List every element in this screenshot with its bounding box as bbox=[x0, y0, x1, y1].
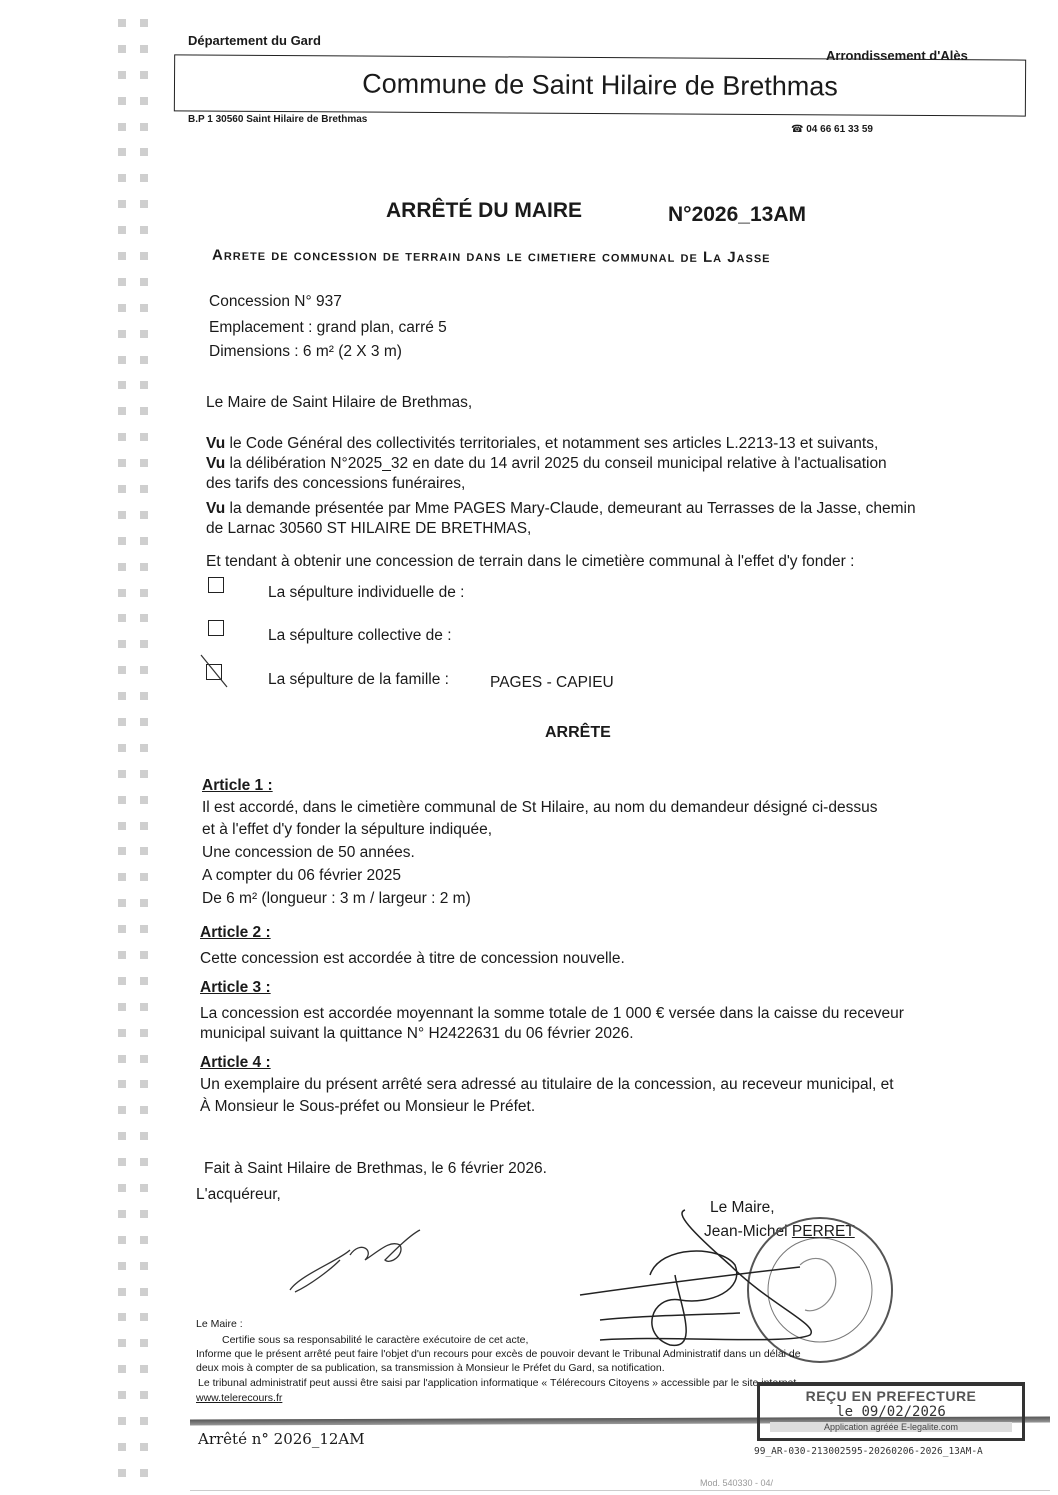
binder-hole-row bbox=[118, 114, 158, 140]
binder-hole-icon bbox=[140, 123, 148, 131]
bottom-rule bbox=[190, 1490, 1050, 1491]
binder-hole-row bbox=[118, 1460, 158, 1486]
binder-hole-icon bbox=[118, 356, 126, 364]
binder-hole-icon bbox=[118, 1391, 126, 1399]
binder-hole-icon bbox=[118, 330, 126, 338]
binder-hole-icon bbox=[140, 666, 148, 674]
binder-hole-icon bbox=[118, 1313, 126, 1321]
binder-hole-icon bbox=[140, 640, 148, 648]
preamble-vu-3-cont: de Larnac 30560 ST HILAIRE DE BRETHMAS, bbox=[206, 519, 531, 539]
telephone-icon: ☎ bbox=[791, 124, 803, 135]
binder-hole-row bbox=[118, 1434, 158, 1460]
binder-hole-row bbox=[118, 165, 158, 191]
footer-informe-2: deux mois à compter de sa publication, s… bbox=[196, 1362, 665, 1375]
binder-hole-icon bbox=[140, 1080, 148, 1088]
checkbox-famille[interactable] bbox=[206, 664, 222, 680]
option-famille-value: PAGES - CAPIEU bbox=[490, 673, 614, 693]
check-mark-icon bbox=[199, 653, 229, 689]
binder-hole-icon bbox=[140, 1029, 148, 1037]
binder-hole-row bbox=[118, 1408, 158, 1434]
binder-hole-icon bbox=[140, 1288, 148, 1296]
binder-hole-icon bbox=[140, 407, 148, 415]
binder-hole-icon bbox=[140, 614, 148, 622]
binder-hole-icon bbox=[118, 1469, 126, 1477]
document-subtitle: Arrete de concession de terrain dans le … bbox=[212, 247, 771, 266]
binder-hole-row bbox=[118, 813, 158, 839]
binder-hole-row bbox=[118, 1227, 158, 1253]
binder-hole-icon bbox=[118, 1158, 126, 1166]
binder-hole-icon bbox=[140, 1417, 148, 1425]
binder-hole-icon bbox=[140, 174, 148, 182]
binder-hole-row bbox=[118, 1330, 158, 1356]
binder-hole-icon bbox=[118, 589, 126, 597]
binder-hole-icon bbox=[118, 873, 126, 881]
article-line: À Monsieur le Sous-préfet ou Monsieur le… bbox=[200, 1097, 894, 1117]
binder-hole-icon bbox=[140, 278, 148, 286]
footer-certifie: Certifie sous sa responsabilité le carac… bbox=[222, 1334, 528, 1347]
department-label: Département du Gard bbox=[188, 33, 321, 48]
article-3: Article 3 : La concession est accordée m… bbox=[200, 978, 904, 1044]
binder-hole-row bbox=[118, 605, 158, 631]
article-line: Une concession de 50 années. bbox=[202, 843, 877, 863]
binder-hole-row bbox=[118, 968, 158, 994]
binder-hole-icon bbox=[118, 174, 126, 182]
binder-hole-row bbox=[118, 1382, 158, 1408]
commune-name: Commune de Saint Hilaire de Brethmas bbox=[175, 67, 1025, 103]
binder-hole-icon bbox=[140, 537, 148, 545]
binder-hole-icon bbox=[118, 847, 126, 855]
binder-hole-icon bbox=[140, 304, 148, 312]
binder-hole-icon bbox=[140, 1055, 148, 1063]
binder-hole-icon bbox=[118, 1365, 126, 1373]
binder-hole-icon bbox=[118, 977, 126, 985]
binder-hole-icon bbox=[118, 97, 126, 105]
binder-hole-row bbox=[118, 528, 158, 554]
binder-hole-icon bbox=[118, 381, 126, 389]
binder-hole-row bbox=[118, 657, 158, 683]
binder-hole-icon bbox=[140, 252, 148, 260]
preamble-vu-3: Vu la demande présentée par Mme PAGES Ma… bbox=[206, 499, 916, 519]
binder-hole-icon bbox=[140, 200, 148, 208]
binder-hole-icon bbox=[118, 19, 126, 27]
binder-hole-row bbox=[118, 864, 158, 890]
binder-hole-icon bbox=[140, 45, 148, 53]
document-title: ARRÊTÉ DU MAIRE bbox=[386, 199, 582, 223]
fait-a: Fait à Saint Hilaire de Brethmas, le 6 f… bbox=[204, 1159, 547, 1179]
binder-hole-icon bbox=[140, 718, 148, 726]
binder-hole-icon bbox=[140, 796, 148, 804]
checkbox-collective[interactable] bbox=[208, 620, 224, 636]
binder-hole-row bbox=[118, 890, 158, 916]
binder-hole-row bbox=[118, 1149, 158, 1175]
article-line: et à l'effet d'y fonder la sépulture ind… bbox=[202, 820, 877, 840]
stamp-date: le 09/02/2026 bbox=[760, 1404, 1022, 1420]
telerecours-link[interactable]: www.telerecours.fr bbox=[196, 1392, 282, 1405]
binder-hole-row bbox=[118, 839, 158, 865]
binder-hole-icon bbox=[118, 1262, 126, 1270]
binder-hole-icon bbox=[140, 770, 148, 778]
binder-hole-row bbox=[118, 709, 158, 735]
binder-hole-icon bbox=[140, 1003, 148, 1011]
binder-hole-row bbox=[118, 243, 158, 269]
binder-hole-icon bbox=[118, 718, 126, 726]
binder-hole-row bbox=[118, 191, 158, 217]
binder-hole-row bbox=[118, 683, 158, 709]
footer-tribunal: Le tribunal administratif peut aussi êtr… bbox=[198, 1377, 796, 1390]
binder-hole-row bbox=[118, 1072, 158, 1098]
binder-hole-icon bbox=[118, 45, 126, 53]
article-title: Article 2 : bbox=[200, 923, 625, 943]
binder-hole-row bbox=[118, 10, 158, 36]
binder-hole-icon bbox=[118, 1029, 126, 1037]
binder-hole-icon bbox=[140, 899, 148, 907]
binder-hole-row bbox=[118, 372, 158, 398]
binder-hole-icon bbox=[140, 925, 148, 933]
article-line: Un exemplaire du présent arrêté sera adr… bbox=[200, 1075, 894, 1095]
article-line: Il est accordé, dans le cimetière commun… bbox=[202, 798, 877, 818]
binder-hole-icon bbox=[140, 330, 148, 338]
binder-hole-row bbox=[118, 994, 158, 1020]
article-title: Article 3 : bbox=[200, 978, 904, 998]
binder-hole-row bbox=[118, 916, 158, 942]
stamp-title: REÇU EN PREFECTURE bbox=[760, 1388, 1022, 1404]
binder-hole-icon bbox=[118, 614, 126, 622]
binder-hole-icon bbox=[118, 304, 126, 312]
prefecture-stamp: REÇU EN PREFECTURE le 09/02/2026 Applica… bbox=[757, 1382, 1025, 1441]
binder-hole-icon bbox=[140, 1469, 148, 1477]
binder-hole-icon bbox=[140, 356, 148, 364]
binder-hole-row bbox=[118, 321, 158, 347]
binder-hole-icon bbox=[118, 278, 126, 286]
binder-hole-icon bbox=[140, 1158, 148, 1166]
model-number: Mod. 540330 - 04/ bbox=[700, 1478, 773, 1488]
checkbox-individuelle[interactable] bbox=[208, 577, 224, 593]
binder-hole-icon bbox=[140, 71, 148, 79]
binder-hole-icon bbox=[118, 252, 126, 260]
preamble-vu-1: Vu le Code Général des collectivités ter… bbox=[206, 434, 878, 454]
binder-hole-icon bbox=[118, 200, 126, 208]
article-line: Cette concession est accordée à titre de… bbox=[200, 949, 625, 969]
binder-hole-icon bbox=[118, 899, 126, 907]
binder-hole-icon bbox=[140, 148, 148, 156]
binder-hole-icon bbox=[118, 744, 126, 752]
binder-hole-icon bbox=[140, 873, 148, 881]
option-collective-label: La sépulture collective de : bbox=[268, 626, 452, 646]
binder-hole-icon bbox=[118, 1339, 126, 1347]
binder-hole-row bbox=[118, 88, 158, 114]
binder-hole-icon bbox=[140, 485, 148, 493]
binder-hole-row bbox=[118, 1305, 158, 1331]
binder-hole-icon bbox=[140, 459, 148, 467]
binder-hole-row bbox=[118, 1175, 158, 1201]
binder-hole-icon bbox=[140, 563, 148, 571]
binder-hole-icon bbox=[118, 459, 126, 467]
binder-hole-icon bbox=[140, 19, 148, 27]
binder-hole-icon bbox=[140, 97, 148, 105]
binder-hole-icon bbox=[140, 1106, 148, 1114]
binder-hole-icon bbox=[118, 485, 126, 493]
binder-hole-icon bbox=[140, 692, 148, 700]
article-line: De 6 m² (longueur : 3 m / largeur : 2 m) bbox=[202, 889, 877, 909]
binder-hole-row bbox=[118, 295, 158, 321]
acquereur-label: L'acquéreur, bbox=[196, 1185, 281, 1205]
binder-hole-icon bbox=[140, 977, 148, 985]
binder-hole-icon bbox=[118, 1236, 126, 1244]
binder-hole-row bbox=[118, 735, 158, 761]
binder-hole-icon bbox=[140, 1313, 148, 1321]
binder-hole-row bbox=[118, 450, 158, 476]
binder-hole-row bbox=[118, 217, 158, 243]
binder-hole-icon bbox=[118, 1184, 126, 1192]
binder-hole-icon bbox=[140, 847, 148, 855]
binder-hole-row bbox=[118, 424, 158, 450]
binder-hole-row bbox=[118, 62, 158, 88]
binder-hole-icon bbox=[118, 1055, 126, 1063]
binder-hole-icon bbox=[118, 433, 126, 441]
commune-header-box: Commune de Saint Hilaire de Brethmas bbox=[174, 54, 1026, 116]
binder-hole-row bbox=[118, 1279, 158, 1305]
article-title: Article 1 : bbox=[202, 776, 877, 796]
binder-hole-icon bbox=[140, 226, 148, 234]
maire-signature-icon bbox=[570, 1195, 900, 1365]
binder-hole-icon bbox=[140, 1365, 148, 1373]
article-title: Article 4 : bbox=[200, 1053, 894, 1073]
binder-hole-row bbox=[118, 476, 158, 502]
option-individuelle-label: La sépulture individuelle de : bbox=[268, 583, 464, 603]
binder-hole-icon bbox=[118, 1003, 126, 1011]
article-line: La concession est accordée moyennant la … bbox=[200, 1004, 904, 1024]
arrete-reference: Arrêté n° 2026_12AM bbox=[198, 1430, 365, 1448]
footer-le-maire: Le Maire : bbox=[196, 1318, 243, 1331]
binder-hole-icon bbox=[140, 1391, 148, 1399]
binder-hole-icon bbox=[118, 1132, 126, 1140]
binder-hole-icon bbox=[140, 1443, 148, 1451]
binder-hole-icon bbox=[140, 433, 148, 441]
option-famille-label: La sépulture de la famille : bbox=[268, 670, 449, 690]
preamble-vu-2-cont: des tarifs des concessions funéraires, bbox=[206, 474, 465, 494]
binder-hole-row bbox=[118, 36, 158, 62]
binder-hole-icon bbox=[118, 71, 126, 79]
binder-hole-row bbox=[118, 1097, 158, 1123]
preamble-vu-2: Vu la délibération N°2025_32 en date du … bbox=[206, 454, 887, 474]
binder-hole-row bbox=[118, 1201, 158, 1227]
binder-hole-row bbox=[118, 1046, 158, 1072]
binder-hole-row bbox=[118, 1020, 158, 1046]
binder-hole-icon bbox=[118, 666, 126, 674]
address: B.P 1 30560 Saint Hilaire de Brethmas bbox=[188, 114, 367, 125]
binder-hole-icon bbox=[118, 770, 126, 778]
arrete-heading: ARRÊTE bbox=[545, 724, 611, 742]
binder-hole-icon bbox=[118, 226, 126, 234]
concession-location: Emplacement : grand plan, carré 5 bbox=[209, 318, 447, 338]
binder-hole-icon bbox=[118, 1288, 126, 1296]
article-1: Article 1 : Il est accordé, dans le cime… bbox=[202, 776, 877, 909]
binder-hole-icon bbox=[118, 951, 126, 959]
binder-hole-row bbox=[118, 554, 158, 580]
binder-hole-icon bbox=[118, 537, 126, 545]
binder-hole-row bbox=[118, 347, 158, 373]
binder-hole-icon bbox=[118, 640, 126, 648]
article-line: A compter du 06 février 2025 bbox=[202, 866, 877, 886]
concession-dimensions: Dimensions : 6 m² (2 X 3 m) bbox=[209, 342, 402, 362]
binder-hole-icon bbox=[118, 563, 126, 571]
binder-hole-icon bbox=[118, 407, 126, 415]
binder-hole-icon bbox=[118, 1080, 126, 1088]
binder-hole-icon bbox=[140, 589, 148, 597]
phone-number: 04 66 61 33 59 bbox=[806, 124, 873, 135]
binder-hole-row bbox=[118, 942, 158, 968]
binder-hole-row bbox=[118, 139, 158, 165]
binder-hole-icon bbox=[140, 1184, 148, 1192]
binder-hole-icon bbox=[118, 123, 126, 131]
binder-hole-icon bbox=[140, 511, 148, 519]
binder-hole-row bbox=[118, 631, 158, 657]
binder-hole-icon bbox=[118, 925, 126, 933]
article-line: municipal suivant la quittance N° H24226… bbox=[200, 1024, 904, 1044]
binder-hole-icon bbox=[118, 1106, 126, 1114]
binder-hole-row bbox=[118, 1123, 158, 1149]
binder-hole-icon bbox=[140, 822, 148, 830]
footer-informe-1: Informe que le présent arrêté peut faire… bbox=[196, 1348, 801, 1361]
stamp-reference: 99_AR-030-213002595-20260206-2026_13AM-A bbox=[754, 1446, 983, 1457]
phone-line: ☎ 04 66 61 33 59 bbox=[791, 124, 873, 135]
binder-hole-row bbox=[118, 761, 158, 787]
article-4: Article 4 : Un exemplaire du présent arr… bbox=[200, 1053, 894, 1117]
document-number: N°2026_13AM bbox=[668, 203, 806, 227]
binder-hole-icon bbox=[140, 1236, 148, 1244]
binder-hole-row bbox=[118, 398, 158, 424]
preamble-tendant: Et tendant à obtenir une concession de t… bbox=[206, 552, 854, 572]
binder-hole-icon bbox=[140, 744, 148, 752]
binder-hole-icon bbox=[140, 1210, 148, 1218]
binder-hole-icon bbox=[140, 951, 148, 959]
binder-hole-icon bbox=[118, 1210, 126, 1218]
binder-hole-icon bbox=[118, 822, 126, 830]
binder-hole-row bbox=[118, 580, 158, 606]
binder-hole-icon bbox=[118, 692, 126, 700]
binder-holes bbox=[118, 10, 158, 1486]
binder-hole-icon bbox=[140, 1339, 148, 1347]
binder-hole-row bbox=[118, 787, 158, 813]
acquereur-signature-icon bbox=[280, 1220, 430, 1300]
binder-hole-icon bbox=[118, 1443, 126, 1451]
article-2: Article 2 : Cette concession est accordé… bbox=[200, 923, 625, 969]
binder-hole-icon bbox=[118, 1417, 126, 1425]
stamp-application: Application agréée E-legalite.com bbox=[770, 1422, 1012, 1432]
preamble-intro: Le Maire de Saint Hilaire de Brethmas, bbox=[206, 393, 472, 413]
binder-hole-icon bbox=[118, 796, 126, 804]
binder-hole-icon bbox=[140, 1132, 148, 1140]
binder-hole-icon bbox=[118, 511, 126, 519]
binder-hole-row bbox=[118, 269, 158, 295]
binder-hole-row bbox=[118, 1253, 158, 1279]
concession-number: Concession N° 937 bbox=[209, 292, 342, 312]
binder-hole-icon bbox=[140, 381, 148, 389]
binder-hole-row bbox=[118, 1356, 158, 1382]
binder-hole-row bbox=[118, 502, 158, 528]
binder-hole-icon bbox=[118, 148, 126, 156]
binder-hole-icon bbox=[140, 1262, 148, 1270]
